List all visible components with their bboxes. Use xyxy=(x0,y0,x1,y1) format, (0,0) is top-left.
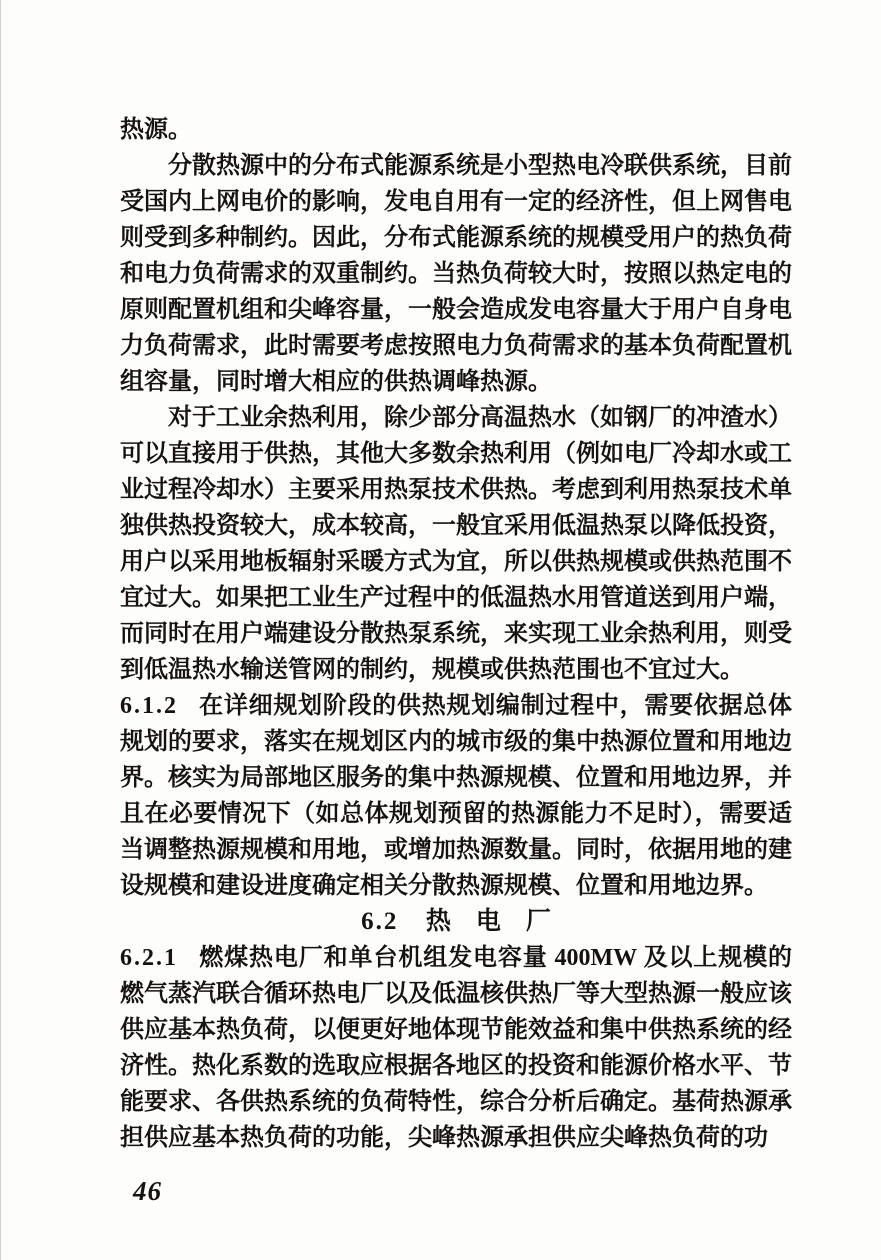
page-text-block: 热源。 分散热源中的分布式能源系统是小型热电冷联供系统，目前受国内上网电价的影响… xyxy=(120,112,792,1156)
clause-text: 燃煤热电厂和单台机组发电容量 400MW 及以上规模的燃气蒸汽联合循环热电厂以及… xyxy=(120,945,792,1151)
paragraph-distributed-energy: 分散热源中的分布式能源系统是小型热电冷联供系统，目前受国内上网电价的影响，发电自… xyxy=(120,148,792,400)
section-title: 热 电 厂 xyxy=(426,908,551,935)
clause-number: 6.2.1 xyxy=(120,945,178,971)
clause-text: 在详细规划阶段的供热规划编制过程中，需要依据总体规划的要求，落实在规划区内的城市… xyxy=(120,693,792,899)
book-page: 热源。 分散热源中的分布式能源系统是小型热电冷联供系统，目前受国内上网电价的影响… xyxy=(0,0,881,1260)
clause-number: 6.1.2 xyxy=(120,693,178,719)
clause-6-1-2: 6.1.2在详细规划阶段的供热规划编制过程中，需要依据总体规划的要求，落实在规划… xyxy=(120,688,792,904)
paragraph-continuation: 热源。 xyxy=(120,112,792,148)
paragraph-industrial-waste-heat: 对于工业余热利用，除少部分高温热水（如钢厂的冲渣水）可以直接用于供热，其他大多数… xyxy=(120,400,792,688)
clause-6-2-1: 6.2.1燃煤热电厂和单台机组发电容量 400MW 及以上规模的燃气蒸汽联合循环… xyxy=(120,940,792,1156)
section-heading-6-2: 6.2热 电 厂 xyxy=(120,904,792,940)
section-number: 6.2 xyxy=(361,908,398,935)
page-number: 46 xyxy=(133,1176,162,1207)
